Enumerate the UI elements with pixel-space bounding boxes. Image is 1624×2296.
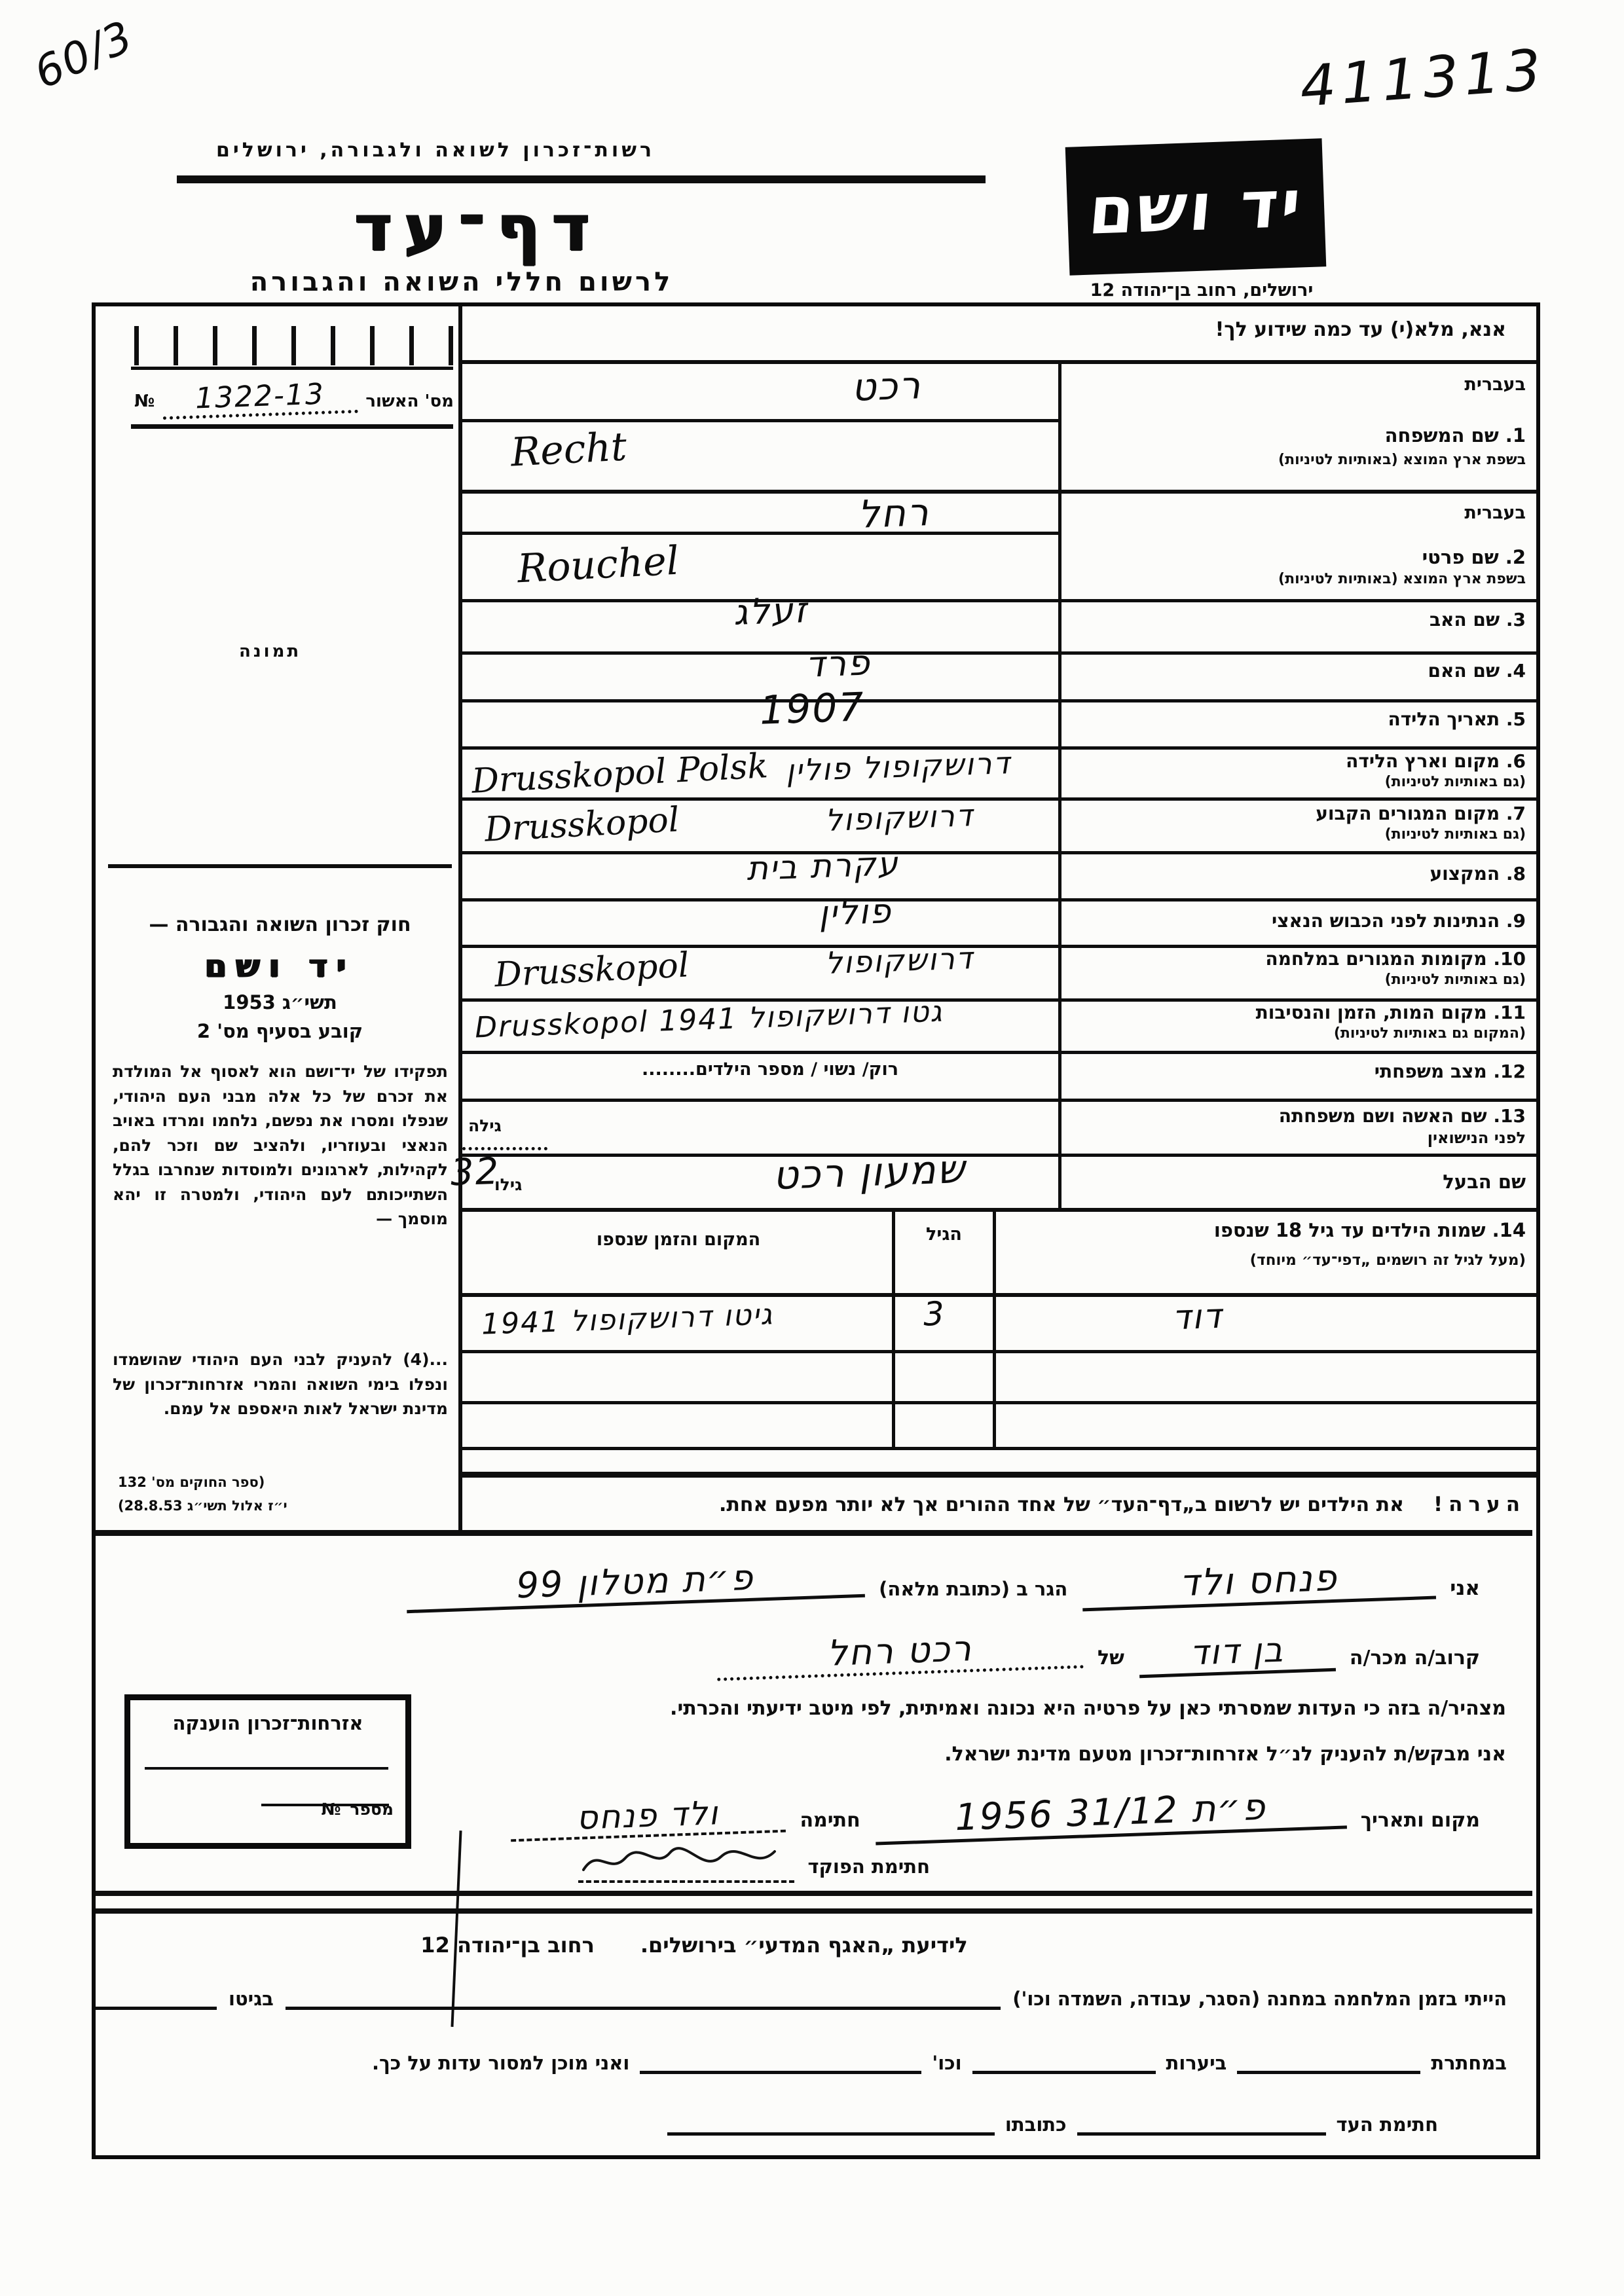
- line: [462, 1293, 1536, 1297]
- field10-value-hebrew: דרושקופול: [824, 940, 974, 981]
- bottom-title-address: רחוב בן־יהודה 12: [420, 1933, 595, 1958]
- law-reference-2: י״ז אלול תשי״ג 28.8.53): [118, 1498, 287, 1514]
- label-column-divider: [1058, 360, 1061, 1208]
- underground-label: במחתרת: [1431, 2052, 1507, 2078]
- etc-blank-line: [640, 2045, 921, 2074]
- field4-label: 4. שם האם: [1067, 660, 1526, 682]
- field7-sub-label: (גם באותיות לטיניות): [1067, 826, 1526, 843]
- field1-lang-label: בעברית: [1067, 374, 1526, 395]
- field5-label: 5. תאריך הלידה: [1067, 708, 1526, 730]
- decl-address-label: הגר ב (כתובת מלאה): [879, 1578, 1067, 1605]
- line: [462, 1154, 1536, 1157]
- logo-address: ירושלים, רחוב בן־יהודה 12: [1048, 280, 1356, 301]
- bottom-underground-row: במחתרת ביערות וכו' ואני מוכן למסור עדות …: [96, 2041, 1523, 2078]
- field9-label: 9. הנתינות לפני הכבוש הנאצי: [1067, 910, 1526, 932]
- forests-label: ביערות: [1166, 2052, 1227, 2078]
- law-year: תשי״ג 1953: [111, 991, 449, 1013]
- line: [462, 599, 1536, 602]
- children-header-sub: (מעל לגיל זה רושמים „דפי־עד״ מיוחד): [1002, 1252, 1526, 1269]
- law-body-2: ‏...(4) להעניק לבני העם היהודי שהושמדו ו…: [113, 1347, 448, 1421]
- field1-label: 1. שם המשפחה: [1067, 424, 1526, 446]
- field3-label: 3. שם האב: [1067, 609, 1526, 630]
- field7-label: 7. מקום המגורים הקבוע: [1067, 803, 1526, 824]
- line: [462, 490, 1536, 494]
- law-reference-1: (ספר החוקים מס' 132: [118, 1474, 265, 1490]
- witness-address-label: כתובתו: [1005, 2113, 1067, 2140]
- stamp-title: אזרחות־זכרון הוענקה: [130, 1712, 405, 1734]
- note-title: הערה!: [1433, 1493, 1526, 1516]
- decl-of-label: של: [1098, 1647, 1124, 1675]
- numero-sign: №: [134, 392, 155, 416]
- declaration-line-1: אני פנחס ולד הגר ב (כתובת מלאה) פ״ת מטלו…: [98, 1550, 1516, 1605]
- section-double-rule-1: [96, 1891, 1532, 1896]
- line: [462, 1447, 1536, 1450]
- field12-options: רוק/ נשוי / מספר הילדים........: [642, 1059, 898, 1080]
- field1-value-hebrew: רכט: [851, 363, 922, 410]
- page-subtitle: לרשום חללי השואה והגבורה: [190, 267, 733, 297]
- memorial-citizenship-stamp-box: אזרחות־זכרון הוענקה מספר №: [124, 1694, 411, 1849]
- witness-address-blank-line: [667, 2106, 995, 2136]
- field1-value-latin: Recht: [509, 424, 627, 475]
- witness-signature-label: חתימת העד: [1337, 2113, 1438, 2140]
- stamp-line-1: [145, 1767, 388, 1770]
- line: [462, 360, 1536, 364]
- children-header: 14. שמות הילדים עד גיל 18 שנספו: [1002, 1219, 1526, 1241]
- etc-label: וכו': [932, 2052, 961, 2078]
- camp-label: הייתי בזמן המלחמה במחנה (הסגר, עבודה, הש…: [1012, 1988, 1507, 2014]
- field2-lang-label: בעברית: [1067, 503, 1526, 523]
- stamp-number-row: מספר №: [321, 1800, 394, 1819]
- field13-age-dotted-line: [462, 1121, 547, 1150]
- husband-age-value: 32: [450, 1150, 500, 1195]
- header-rule: [177, 175, 986, 183]
- bottom-title: לידיעת „האגף המדעי״ בירושלים.: [640, 1933, 968, 1958]
- yad-vashem-logo: יד ושם: [1065, 138, 1327, 276]
- witness-signature-blank-line: [1077, 2106, 1326, 2136]
- note-top-rule: [462, 1472, 1536, 1478]
- ghetto-label: בגיטו: [229, 1988, 274, 2014]
- decl-place-date-label: מקום ותאריך: [1361, 1809, 1480, 1837]
- forests-blank-line: [972, 2045, 1156, 2074]
- approval-number-handwritten: 1322-13: [162, 376, 358, 420]
- decl-signature-hw: ולד פנחס: [509, 1792, 786, 1842]
- decl-relation-label: קרוב/ה מכר/ה: [1350, 1647, 1480, 1675]
- field1-sub-label: בשפת ארץ המוצא (באותיות לטיניות): [1067, 452, 1526, 468]
- child-name-value: דוד: [1172, 1297, 1223, 1338]
- field2-sub-label: בשפת ארץ המוצא (באותיות לטיניות): [1067, 571, 1526, 587]
- field4-value: פרד: [805, 642, 872, 685]
- law-body: תפקידו של יד־ושם הוא לאסוף אל המולדת את …: [113, 1059, 448, 1231]
- fill-instruction: אנא, מלא(י) עד כמה שידוע לך!: [1074, 318, 1506, 341]
- underground-blank-line: [1237, 2045, 1420, 2074]
- file-number-handwritten: 411313: [1298, 37, 1548, 120]
- ghetto-blank-line: [96, 1980, 217, 2010]
- stamp-numero-sign: №: [321, 1800, 341, 1819]
- line: [462, 651, 1536, 655]
- field6-label: 6. מקום וארץ הלידה: [1067, 750, 1526, 772]
- children-table-divider-1: [993, 1208, 996, 1447]
- declaration-top-rule: [96, 1530, 1532, 1536]
- line: [462, 1099, 1536, 1102]
- photo-placeholder-label: תמונה: [239, 642, 301, 661]
- law-brand: יד ושם: [111, 948, 449, 985]
- law-intro: חוק זכרון השואה והגבורה —: [111, 913, 449, 936]
- approval-number-row: מס' האשור 1322-13 №: [134, 378, 454, 416]
- husband-label: שם הבעל: [1067, 1171, 1526, 1193]
- field11-label: 11. מקום המות, הזמן והנסיבות: [1067, 1002, 1526, 1023]
- camp-blank-line: [286, 1980, 1001, 2010]
- decl-relation-hw: בן דוד: [1138, 1629, 1336, 1678]
- field12-label: 12. מצב משפחתי: [1067, 1061, 1526, 1082]
- approval-bottom-rule: [131, 424, 453, 429]
- field11-sub-label: (המקום גם באותיות לטיניות): [1067, 1025, 1526, 1042]
- declaration-line-2: קרוב/ה מכר/ה בן דוד של רכט רחל: [98, 1624, 1516, 1675]
- line: [462, 1208, 1536, 1212]
- bottom-witness-row: חתימת העד כתובתו: [96, 2103, 1523, 2140]
- clerk-signature-label: חתימת הפוקד: [807, 1855, 930, 1883]
- field10-sub-label: (גם באותיות לטיניות): [1067, 972, 1526, 988]
- approval-label: מס' האשור: [365, 392, 454, 416]
- field10-label: 10. מקומות המגורים במלחמה: [1067, 948, 1526, 970]
- field6-sub-label: (גם באותיות לטיניות): [1067, 774, 1526, 790]
- line: [462, 1350, 1536, 1353]
- bottom-camp-row: הייתי בזמן המלחמה במחנה (הסגר, עבודה, הש…: [96, 1977, 1523, 2014]
- decl-address-hw: פ״ת מטלון 99: [405, 1553, 865, 1613]
- corner-handwritten-mark: 60/3: [27, 11, 141, 99]
- children-note-row: הערה! את הילדים יש לרשום ב„דף־העד״ של אח…: [471, 1487, 1526, 1522]
- page-title: דף־עד: [341, 191, 616, 266]
- logo-text: יד ושם: [1086, 165, 1306, 249]
- field7-value-hebrew: דרושקופול: [824, 797, 974, 838]
- children-place-col-header: המקום והזמן שנספו: [465, 1230, 892, 1250]
- ticks-baseline: [131, 367, 453, 370]
- perforation-ticks: [134, 326, 454, 365]
- decl-subject-name-hw: רכט רחל: [716, 1624, 1084, 1681]
- field5-value: 1907: [759, 684, 866, 734]
- hebrew-answer-line-1: [462, 419, 1058, 422]
- line: [462, 1401, 1536, 1404]
- field8-value: עקרת בית: [746, 845, 900, 888]
- field2-value-hebrew: רחל: [857, 490, 931, 537]
- org-name-line: רשות־זכרון לשואה ולגבורה, ירושלים: [177, 139, 694, 162]
- decl-witness-name-hw: פנחס ולד: [1081, 1554, 1436, 1612]
- line: [462, 851, 1536, 854]
- clerk-signature-row: חתימת הפוקד: [419, 1842, 930, 1883]
- children-age-col-header: הגיל: [895, 1224, 993, 1245]
- bottom-section-title-row: לידיעת „האגף המדעי״ בירושלים. רחוב בן־יה…: [367, 1933, 1022, 1958]
- note-text: את הילדים יש לרשום ב„דף־העד״ של אחד ההור…: [719, 1493, 1404, 1516]
- field13-sub-label: לפני הנישואין: [1067, 1129, 1526, 1147]
- clerk-signature-scribble: [578, 1844, 794, 1883]
- husband-name-value: שמעון רכט: [772, 1146, 967, 1199]
- testimony-page-scan: 60/3 411313 רשות־זכרון לשואה ולגבורה, יר…: [0, 0, 1624, 2296]
- ready-to-testify-label: ואני מוכן למסור עדות על כך.: [372, 2052, 629, 2078]
- sidebar-law-rule: [108, 864, 452, 868]
- decl-i-label: אני: [1450, 1576, 1480, 1605]
- field8-label: 8. המקצוע: [1067, 863, 1526, 884]
- field3-value: זעלג: [733, 589, 809, 633]
- decl-signature-label: חתימה: [800, 1809, 860, 1837]
- child-age-value: 3: [923, 1294, 946, 1333]
- line: [462, 1051, 1536, 1054]
- decl-place-date-hw: פ״ת 31/12 1956: [874, 1783, 1347, 1845]
- law-clause: קובע בסעיף מס' 2: [111, 1020, 449, 1042]
- field9-value: פולין: [818, 892, 893, 934]
- line: [462, 699, 1536, 702]
- field2-label: 2. שם פרטי: [1067, 546, 1526, 568]
- hebrew-answer-line-2: [462, 532, 1058, 535]
- field13-label: 13. שם האשה ושם משפחתה: [1067, 1105, 1526, 1127]
- field2-value-latin: Rouchel: [516, 538, 680, 592]
- stamp-number-label: מספר: [350, 1800, 394, 1819]
- section-double-rule-2: [96, 1908, 1532, 1914]
- line: [462, 797, 1536, 801]
- line: [462, 898, 1536, 902]
